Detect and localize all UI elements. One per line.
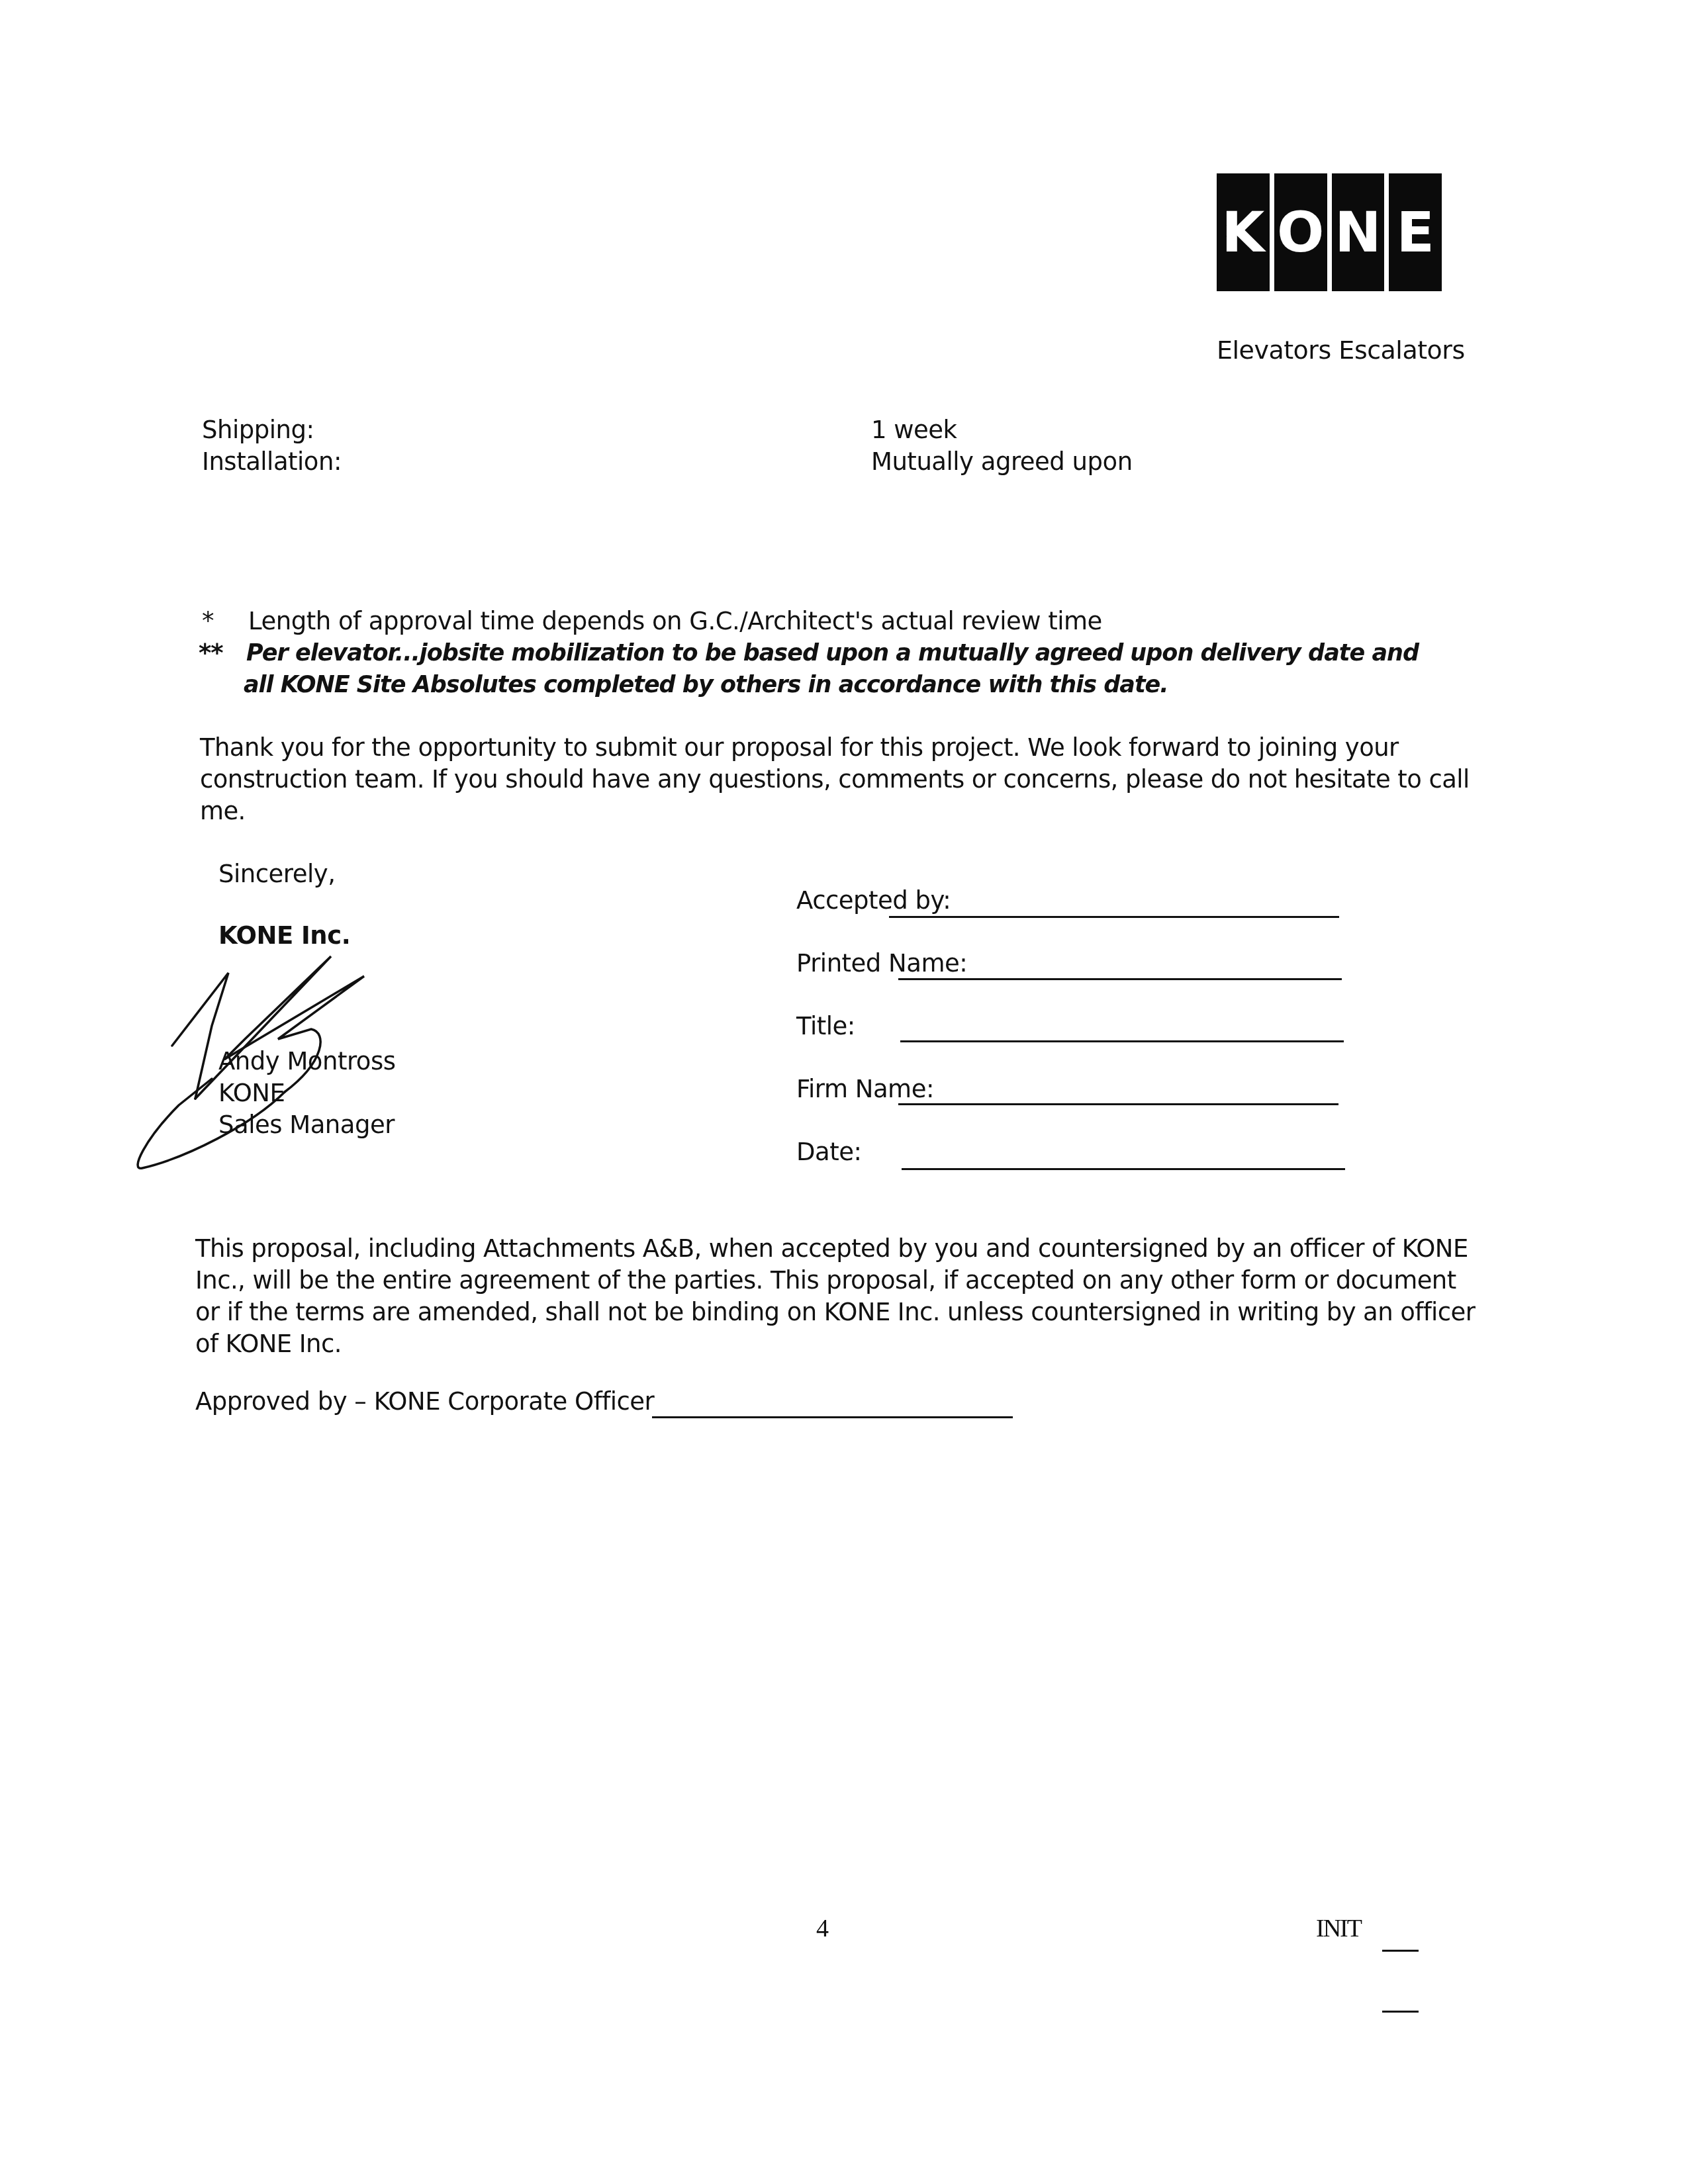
note2-marker: ** xyxy=(199,637,223,669)
init-field[interactable] xyxy=(1382,1950,1419,1952)
shipping-label: Shipping: xyxy=(202,414,314,446)
accepted-by-label: Accepted by: xyxy=(796,885,951,917)
note1-marker: * xyxy=(202,606,214,637)
firm-name-label: Firm Name: xyxy=(796,1073,934,1105)
terms-line4: of KONE Inc. xyxy=(195,1328,342,1360)
init-label: INIT xyxy=(1316,1913,1361,1944)
note1-text: Length of approval time depends on G.C./… xyxy=(248,606,1102,637)
firm-name-field[interactable] xyxy=(898,1103,1338,1105)
thanks-line1: Thank you for the opportunity to submit … xyxy=(200,732,1399,764)
note2-line1: Per elevator...jobsite mobilization to b… xyxy=(246,637,1419,669)
tagline: Elevators Escalators xyxy=(1217,334,1442,366)
approval-signature-field[interactable] xyxy=(652,1416,1013,1418)
title-label: Title: xyxy=(796,1011,855,1042)
logo-letter: E xyxy=(1389,173,1442,291)
approval-label: Approved by – KONE Corporate Officer xyxy=(195,1386,654,1418)
salutation: Sincerely, xyxy=(218,858,335,890)
printed-name-field[interactable] xyxy=(898,978,1342,980)
terms-line3: or if the terms are amended, shall not b… xyxy=(195,1297,1475,1328)
init-extra-line xyxy=(1382,2011,1419,2013)
handwritten-signature xyxy=(132,946,463,1185)
terms-line2: Inc., will be the entire agreement of th… xyxy=(195,1265,1456,1297)
printed-name-label: Printed Name: xyxy=(796,948,967,979)
kone-logo: K O N E xyxy=(1217,173,1442,291)
thanks-line2: construction team. If you should have an… xyxy=(200,764,1470,796)
title-field[interactable] xyxy=(900,1040,1344,1042)
accepted-by-field[interactable] xyxy=(889,916,1339,918)
logo-letter: K xyxy=(1217,173,1270,291)
terms-line1: This proposal, including Attachments A&B… xyxy=(195,1233,1468,1265)
thanks-line3: me. xyxy=(200,796,246,827)
installation-label: Installation: xyxy=(202,446,342,478)
note2-line2: all KONE Site Absolutes completed by oth… xyxy=(244,669,1168,701)
logo-letter: N xyxy=(1332,173,1385,291)
shipping-value: 1 week xyxy=(871,414,957,446)
logo-letter: O xyxy=(1274,173,1327,291)
date-field[interactable] xyxy=(902,1168,1345,1170)
page-number: 4 xyxy=(816,1913,829,1944)
date-label: Date: xyxy=(796,1136,861,1168)
installation-value: Mutually agreed upon xyxy=(871,446,1133,478)
